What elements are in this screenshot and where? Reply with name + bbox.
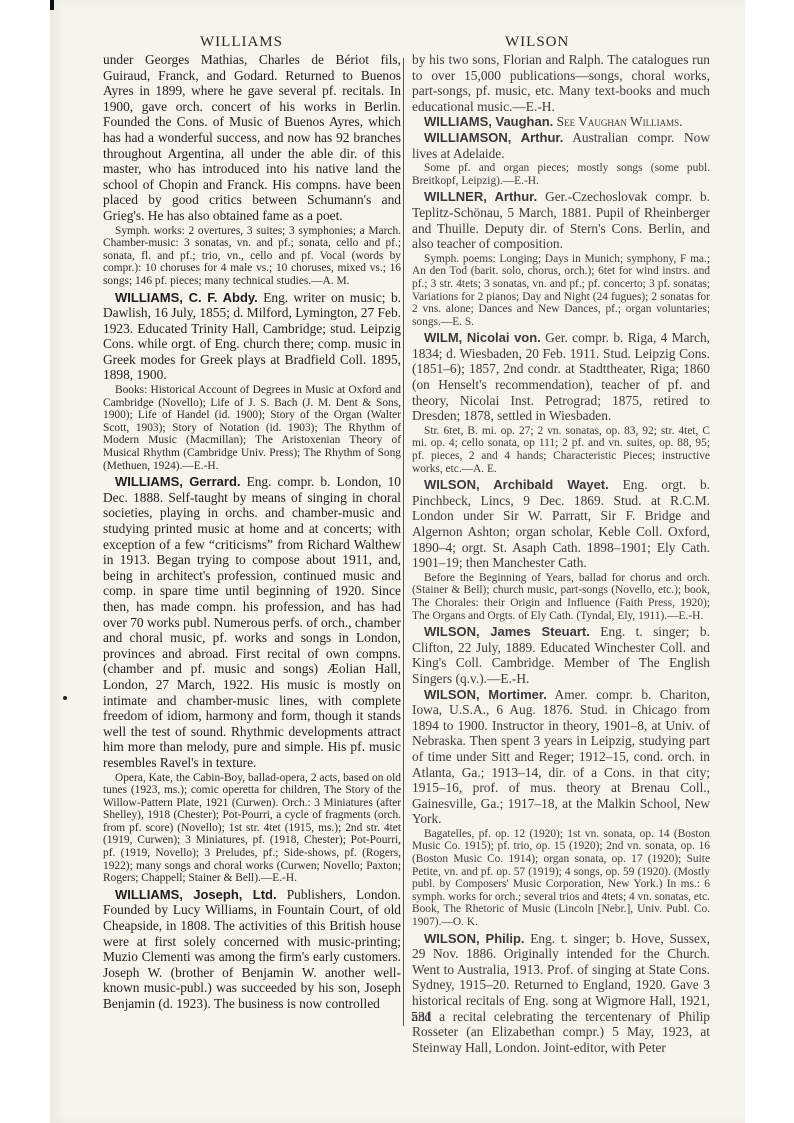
column-divider [403, 58, 404, 1026]
entry-name: WILSON, Mortimer. [424, 687, 547, 702]
entry-text: Eng. t. singer; b. Hove, Sussex, 29 Nov.… [412, 931, 710, 1055]
entry-name: WILLIAMSON, Arthur. [424, 130, 563, 145]
works-list: Str. 6tet, B. mi. op. 27; 2 vn. sonatas,… [412, 425, 710, 475]
binding-dot [63, 696, 67, 700]
entry-williams-vaughan: WILLIAMS, Vaughan. See Vaughan Williams. [412, 114, 710, 130]
entry-name: WILM, Nicolai von. [424, 330, 541, 345]
left-column: under Georges Mathias, Charles de Bériot… [103, 52, 401, 1012]
entry-wilson-james-steuart: WILSON, James Steuart. Eng. t. singer; b… [412, 624, 710, 686]
entry-williams-cf-abdy: WILLIAMS, C. F. Abdy. Eng. writer on mus… [103, 290, 401, 384]
entry-name: WILSON, James Steuart. [424, 624, 590, 639]
entry-name: WILLIAMS, C. F. Abdy. [115, 290, 258, 305]
entry-name: WILLIAMS, Vaughan. [424, 114, 553, 129]
works-list: Symph. poems: Longing; Days in Munich; s… [412, 253, 710, 329]
works-list: Opera, Kate, the Cabin-Boy, ballad-opera… [103, 772, 401, 885]
entry-text: Eng. compr. b. London, 10 Dec. 1888. Sel… [103, 474, 401, 770]
running-header-right: WILSON [505, 34, 569, 51]
entry-continuation: by his two sons, Florian and Ralph. The … [412, 52, 710, 114]
cross-reference: See Vaughan Williams. [557, 114, 683, 129]
entry-williams-joseph-ltd: WILLIAMS, Joseph, Ltd. Publishers, Londo… [103, 887, 401, 1012]
works-list: Some pf. and organ pieces; mostly songs … [412, 162, 710, 187]
page-number: 531 [411, 1010, 432, 1026]
entry-williamson-arthur: WILLIAMSON, Arthur. Australian compr. No… [412, 130, 710, 161]
works-list: Symph. works: 2 overtures, 3 suites; 3 s… [103, 225, 401, 288]
entry-name: WILLIAMS, Gerrard. [115, 474, 241, 489]
entry-continuation: under Georges Mathias, Charles de Bériot… [103, 52, 401, 224]
works-list: Before the Beginning of Years, ballad fo… [412, 572, 710, 622]
entry-text: Publishers, London. Founded by Lucy Will… [103, 887, 401, 1011]
entry-williams-gerrard: WILLIAMS, Gerrard. Eng. compr. b. London… [103, 474, 401, 770]
page-edge-mark [50, 0, 54, 10]
entry-name: WILLIAMS, Joseph, Ltd. [115, 887, 277, 902]
entry-wilson-mortimer: WILSON, Mortimer. Amer. compr. b. Charit… [412, 687, 710, 827]
entry-text: Amer. compr. b. Chariton, Iowa, U.S.A., … [412, 687, 710, 827]
entry-wilson-philip: WILSON, Philip. Eng. t. singer; b. Hove,… [412, 931, 710, 1056]
entry-wilson-archibald: WILSON, Archibald Wayet. Eng. orgt. b. P… [412, 477, 710, 571]
running-header-left: WILLIAMS [200, 34, 283, 51]
entry-name: WILSON, Archibald Wayet. [424, 477, 609, 492]
works-list: Books: Historical Account of Degrees in … [103, 384, 401, 472]
entry-name: WILSON, Philip. [424, 931, 525, 946]
entry-name: WILLNER, Arthur. [424, 189, 537, 204]
entry-wilm-nicolai: WILM, Nicolai von. Ger. compr. b. Riga, … [412, 330, 710, 424]
works-list: Bagatelles, pf. op. 12 (1920); 1st vn. s… [412, 828, 710, 929]
entry-willner-arthur: WILLNER, Arthur. Ger.-Czechoslovak compr… [412, 189, 710, 251]
right-column: by his two sons, Florian and Ralph. The … [412, 52, 710, 1055]
